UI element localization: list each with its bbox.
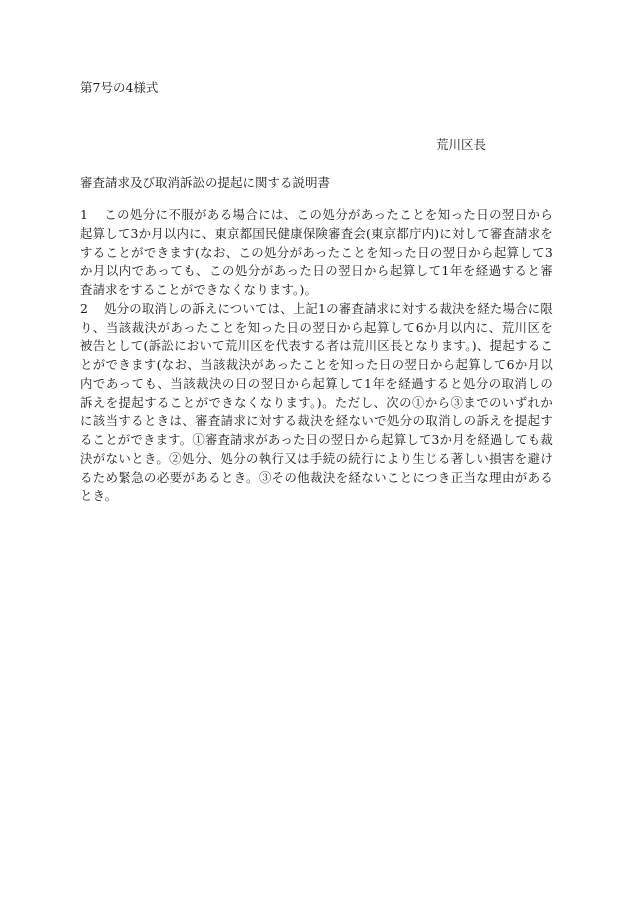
document-body: 1この処分に不服がある場合には、この処分があったことを知った日の翌日から起算して… (80, 206, 553, 506)
paragraph-number: 2 (80, 300, 104, 319)
addressee: 荒川区長 (436, 137, 486, 153)
document-title: 審査請求及び取消訴訟の提起に関する説明書 (80, 175, 330, 191)
document-page: 第7号の4様式 荒川区長 審査請求及び取消訴訟の提起に関する説明書 1この処分に… (0, 0, 630, 903)
form-number: 第7号の4様式 (80, 80, 158, 96)
paragraph-2: 2処分の取消しの訴えについては、上記1の審査請求に対する裁決を経た場合に限り、当… (80, 300, 553, 506)
paragraph-1: 1この処分に不服がある場合には、この処分があったことを知った日の翌日から起算して… (80, 206, 553, 300)
paragraph-text: この処分に不服がある場合には、この処分があったことを知った日の翌日から起算して3… (80, 207, 553, 297)
paragraph-text: 処分の取消しの訴えについては、上記1の審査請求に対する裁決を経た場合に限り、当該… (80, 301, 553, 504)
paragraph-number: 1 (80, 206, 104, 225)
